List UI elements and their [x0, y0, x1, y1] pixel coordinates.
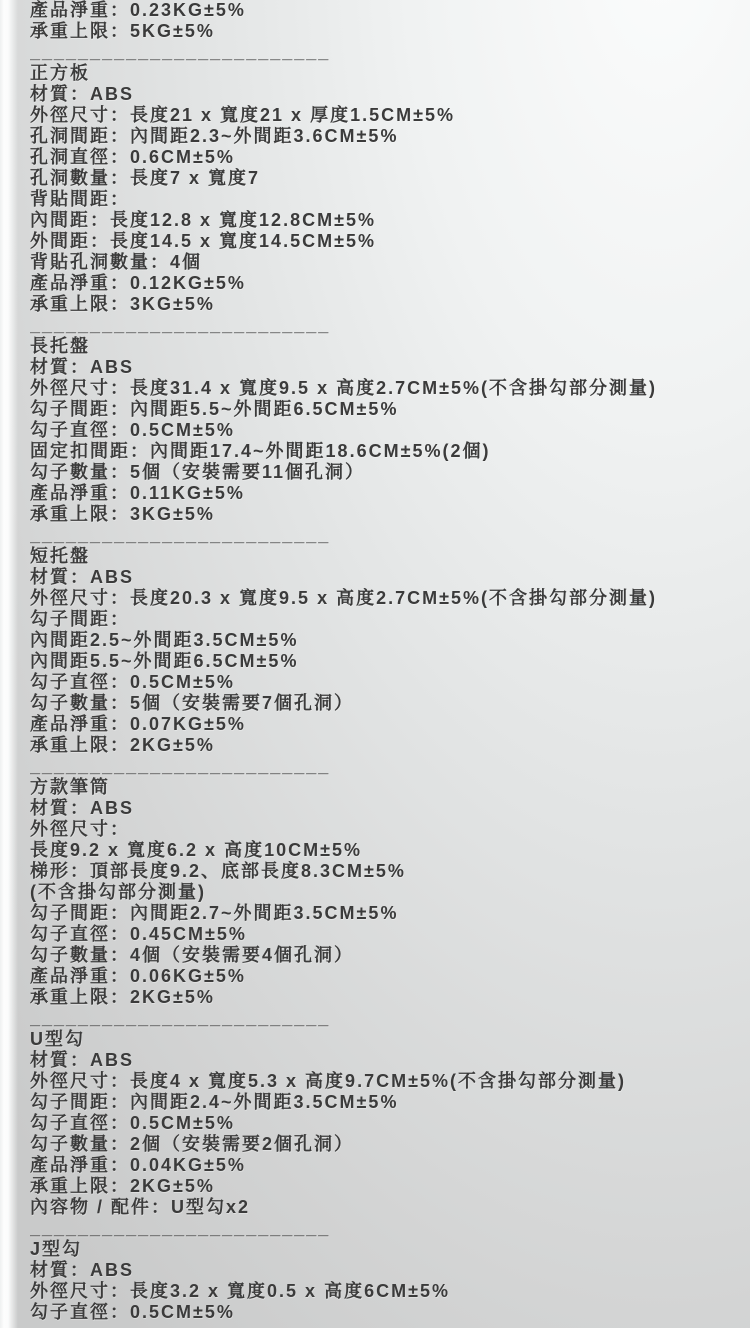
spec-line: 背貼間距：	[30, 189, 750, 210]
spec-line: (不含掛勾部分測量)	[30, 882, 750, 903]
spec-line: 外間距：長度14.5 x 寬度14.5CM±5%	[30, 231, 750, 252]
spec-line: 勾子數量：4個（安裝需要4個孔洞）	[30, 945, 750, 966]
spec-line: 材質：ABS	[30, 84, 750, 105]
spec-line: 勾子直徑：0.5CM±5%	[30, 672, 750, 693]
spec-line: 孔洞直徑：0.6CM±5%	[30, 147, 750, 168]
spec-line: 承重上限：3KG±5%	[30, 504, 750, 525]
spec-line: 承重上限：5KG±5%	[30, 21, 750, 42]
spec-line: 勾子數量：2個（安裝需要2個孔洞）	[30, 1134, 750, 1155]
section-separator: _________________________	[30, 315, 750, 336]
spec-line: 勾子數量：5個（安裝需要11個孔洞）	[30, 462, 750, 483]
spec-line: 長度9.2 x 寬度6.2 x 高度10CM±5%	[30, 840, 750, 861]
spec-line: 外徑尺寸：	[30, 819, 750, 840]
spec-line: 勾子數量：5個（安裝需要7個孔洞）	[30, 693, 750, 714]
spec-line: 材質：ABS	[30, 567, 750, 588]
spec-line: 勾子間距：	[30, 609, 750, 630]
section-separator: _________________________	[30, 525, 750, 546]
spec-line: 產品淨重：0.04KG±5%	[30, 1155, 750, 1176]
spec-line: 材質：ABS	[30, 1260, 750, 1281]
product-description-page: 產品淨重：0.23KG±5%承重上限：5KG±5%_______________…	[0, 0, 750, 1328]
spec-line: 內間距2.5~外間距3.5CM±5%	[30, 630, 750, 651]
section-title: 方款筆筒	[30, 777, 750, 798]
section-separator: _________________________	[30, 756, 750, 777]
spec-line: 材質：ABS	[30, 357, 750, 378]
spec-line: 勾子直徑：0.5CM±5%	[30, 1113, 750, 1134]
spec-line: 勾子間距：內間距5.5~外間距6.5CM±5%	[30, 399, 750, 420]
spec-line: 孔洞間距：內間距2.3~外間距3.6CM±5%	[30, 126, 750, 147]
spec-line: 勾子直徑：0.45CM±5%	[30, 924, 750, 945]
spec-line: 內間距5.5~外間距6.5CM±5%	[30, 651, 750, 672]
spec-line: 承重上限：2KG±5%	[30, 735, 750, 756]
spec-line: 承重上限：2KG±5%	[30, 1176, 750, 1197]
spec-line: 勾子間距：內間距2.7~外間距3.5CM±5%	[30, 903, 750, 924]
spec-line: 外徑尺寸：長度3.2 x 寬度0.5 x 高度6CM±5%	[30, 1281, 750, 1302]
section-title: 長托盤	[30, 336, 750, 357]
spec-line: 梯形：頂部長度9.2、底部長度8.3CM±5%	[30, 861, 750, 882]
section-title: 正方板	[30, 63, 750, 84]
spec-line: 材質：ABS	[30, 1050, 750, 1071]
spec-line: 外徑尺寸：長度4 x 寬度5.3 x 高度9.7CM±5%(不含掛勾部分測量)	[30, 1071, 750, 1092]
spec-line: 內間距：長度12.8 x 寬度12.8CM±5%	[30, 210, 750, 231]
spec-line: 產品淨重：0.07KG±5%	[30, 714, 750, 735]
section-title: J型勾	[30, 1239, 750, 1260]
spec-line: 勾子間距：內間距2.4~外間距3.5CM±5%	[30, 1092, 750, 1113]
spec-line: 外徑尺寸：長度31.4 x 寬度9.5 x 高度2.7CM±5%(不含掛勾部分測…	[30, 378, 750, 399]
section-separator: _________________________	[30, 1008, 750, 1029]
spec-line: 承重上限：3KG±5%	[30, 294, 750, 315]
section-separator: _________________________	[30, 1218, 750, 1239]
spec-line: 外徑尺寸：長度21 x 寬度21 x 厚度1.5CM±5%	[30, 105, 750, 126]
spec-line: 產品淨重：0.06KG±5%	[30, 966, 750, 987]
spec-line: 勾子直徑：0.5CM±5%	[30, 420, 750, 441]
spec-line: 內容物 / 配件：U型勾x2	[30, 1197, 750, 1218]
spec-line: 孔洞數量：長度7 x 寬度7	[30, 168, 750, 189]
spec-line: 產品淨重：0.23KG±5%	[30, 0, 750, 21]
spec-line: 勾子直徑：0.5CM±5%	[30, 1302, 750, 1323]
section-title: U型勾	[30, 1029, 750, 1050]
spec-line: 承重上限：2KG±5%	[30, 987, 750, 1008]
spec-line: 外徑尺寸：長度20.3 x 寬度9.5 x 高度2.7CM±5%(不含掛勾部分測…	[30, 588, 750, 609]
section-separator: _________________________	[30, 42, 750, 63]
spec-line: 材質：ABS	[30, 798, 750, 819]
spec-line: 固定扣間距：內間距17.4~外間距18.6CM±5%(2個)	[30, 441, 750, 462]
spec-line: 產品淨重：0.12KG±5%	[30, 273, 750, 294]
section-title: 短托盤	[30, 546, 750, 567]
spec-text-block: 產品淨重：0.23KG±5%承重上限：5KG±5%_______________…	[30, 0, 750, 1323]
spec-line: 背貼孔洞數量：4個	[30, 252, 750, 273]
spec-line: 產品淨重：0.11KG±5%	[30, 483, 750, 504]
